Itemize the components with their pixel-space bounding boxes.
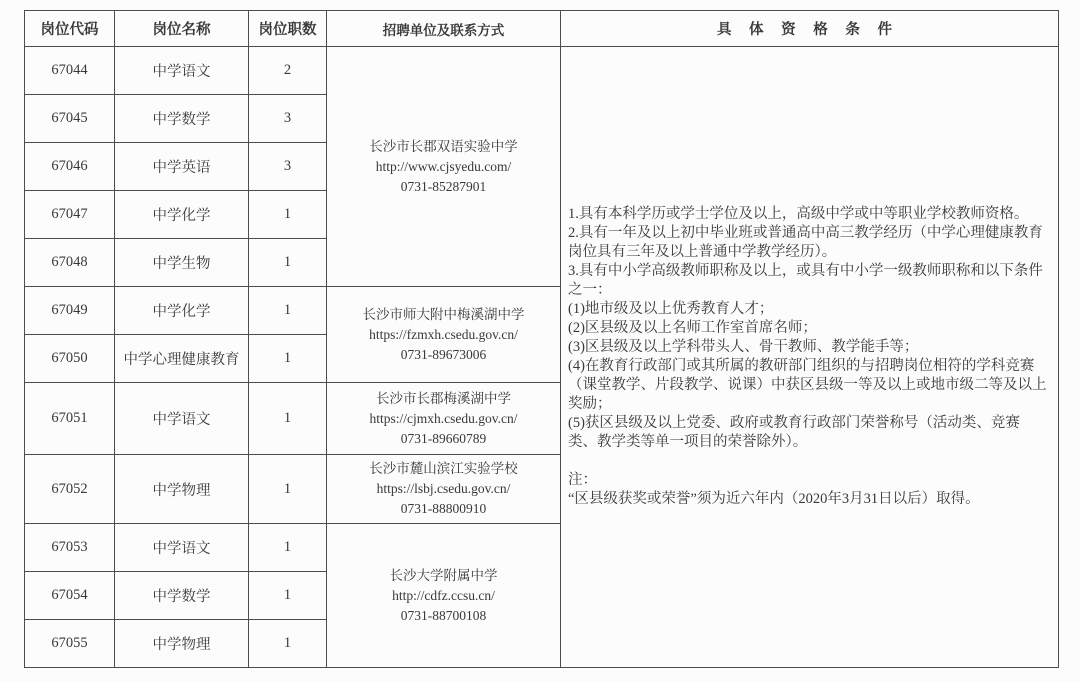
code-cell: 67047 bbox=[25, 191, 115, 239]
school-url: http://cdfz.ccsu.cn/ bbox=[327, 586, 560, 606]
count-cell: 1 bbox=[249, 572, 327, 620]
school-name: 长沙市麓山滨江实验学校 bbox=[327, 459, 560, 479]
qualification-line: (2)区县级及以上名师工作室首席名师； bbox=[568, 319, 1048, 338]
header-row: 岗位代码 岗位名称 岗位职数 招聘单位及联系方式 具 体 资 格 条 件 bbox=[25, 11, 1059, 47]
recruitment-positions-table: 岗位代码 岗位名称 岗位职数 招聘单位及联系方式 具 体 资 格 条 件 670… bbox=[24, 10, 1059, 668]
name-cell: 中学语文 bbox=[115, 47, 249, 95]
school-url: https://lsbj.csedu.gov.cn/ bbox=[327, 479, 560, 499]
name-cell: 中学化学 bbox=[115, 191, 249, 239]
school-phone: 0731-85287901 bbox=[327, 177, 560, 197]
count-cell: 1 bbox=[249, 455, 327, 524]
qualification-cell: 1.具有本科学历或学士学位及以上，高级中学或中等职业学校教师资格。 2.具有一年… bbox=[561, 47, 1059, 668]
count-cell: 1 bbox=[249, 335, 327, 383]
count-cell: 1 bbox=[249, 524, 327, 572]
count-cell: 1 bbox=[249, 383, 327, 455]
unit-cell: 长沙市长郡梅溪湖中学 https://cjmxh.csedu.gov.cn/ 0… bbox=[327, 383, 561, 455]
unit-cell: 长沙市长郡双语实验中学 http://www.cjsyedu.com/ 0731… bbox=[327, 47, 561, 287]
qualification-line: (4)在教育行政部门或其所属的教研部门组织的与招聘岗位相符的学科竞赛（课堂教学、… bbox=[568, 357, 1048, 414]
unit-cell: 长沙市麓山滨江实验学校 https://lsbj.csedu.gov.cn/ 0… bbox=[327, 455, 561, 524]
code-cell: 67055 bbox=[25, 620, 115, 668]
name-cell: 中学生物 bbox=[115, 239, 249, 287]
code-cell: 67053 bbox=[25, 524, 115, 572]
table-row: 67044 中学语文 2 长沙市长郡双语实验中学 http://www.cjsy… bbox=[25, 47, 1059, 95]
note-text: “区县级获奖或荣誉”须为近六年内（2020年3月31日以后）取得。 bbox=[568, 490, 1048, 509]
qualification-line: 2.具有一年及以上初中毕业班或普通高中高三教学经历（中学心理健康教育岗位具有三年… bbox=[568, 224, 1048, 262]
code-cell: 67044 bbox=[25, 47, 115, 95]
count-cell: 3 bbox=[249, 95, 327, 143]
count-cell: 1 bbox=[249, 191, 327, 239]
code-cell: 67054 bbox=[25, 572, 115, 620]
name-cell: 中学化学 bbox=[115, 287, 249, 335]
school-phone: 0731-89673006 bbox=[327, 345, 560, 365]
school-phone: 0731-89660789 bbox=[327, 429, 560, 449]
qualification-line: 3.具有中小学高级教师职称及以上，或具有中小学一级教师职称和以下条件之一： bbox=[568, 262, 1048, 300]
qualification-line: (3)区县级及以上学科带头人、骨干教师、教学能手等； bbox=[568, 338, 1048, 357]
count-cell: 1 bbox=[249, 620, 327, 668]
recruitment-table-sheet: 岗位代码 岗位名称 岗位职数 招聘单位及联系方式 具 体 资 格 条 件 670… bbox=[24, 10, 1059, 668]
code-cell: 67049 bbox=[25, 287, 115, 335]
code-cell: 67045 bbox=[25, 95, 115, 143]
school-url: https://fzmxh.csedu.gov.cn/ bbox=[327, 325, 560, 345]
code-cell: 67051 bbox=[25, 383, 115, 455]
header-position-code: 岗位代码 bbox=[25, 11, 115, 47]
count-cell: 1 bbox=[249, 239, 327, 287]
count-cell: 3 bbox=[249, 143, 327, 191]
school-phone: 0731-88800910 bbox=[327, 499, 560, 519]
name-cell: 中学物理 bbox=[115, 455, 249, 524]
school-url: http://www.cjsyedu.com/ bbox=[327, 157, 560, 177]
header-position-count: 岗位职数 bbox=[249, 11, 327, 47]
note-label: 注： bbox=[568, 471, 1048, 490]
unit-cell: 长沙大学附属中学 http://cdfz.ccsu.cn/ 0731-88700… bbox=[327, 524, 561, 668]
school-name: 长沙大学附属中学 bbox=[327, 566, 560, 586]
school-name: 长沙市师大附中梅溪湖中学 bbox=[327, 305, 560, 325]
school-name: 长沙市长郡双语实验中学 bbox=[327, 137, 560, 157]
name-cell: 中学英语 bbox=[115, 143, 249, 191]
name-cell: 中学数学 bbox=[115, 572, 249, 620]
unit-cell: 长沙市师大附中梅溪湖中学 https://fzmxh.csedu.gov.cn/… bbox=[327, 287, 561, 383]
qualification-text: 1.具有本科学历或学士学位及以上，高级中学或中等职业学校教师资格。 2.具有一年… bbox=[568, 205, 1048, 509]
school-name: 长沙市长郡梅溪湖中学 bbox=[327, 389, 560, 409]
code-cell: 67048 bbox=[25, 239, 115, 287]
code-cell: 67046 bbox=[25, 143, 115, 191]
qualification-line: 1.具有本科学历或学士学位及以上，高级中学或中等职业学校教师资格。 bbox=[568, 205, 1048, 224]
header-position-name: 岗位名称 bbox=[115, 11, 249, 47]
count-cell: 2 bbox=[249, 47, 327, 95]
code-cell: 67050 bbox=[25, 335, 115, 383]
qualification-line: (5)获区县级及以上党委、政府或教育行政部门荣誉称号（活动类、竞赛类、教学类等单… bbox=[568, 414, 1048, 452]
code-cell: 67052 bbox=[25, 455, 115, 524]
name-cell: 中学语文 bbox=[115, 383, 249, 455]
header-qualifications: 具 体 资 格 条 件 bbox=[561, 11, 1059, 47]
header-recruiting-unit: 招聘单位及联系方式 bbox=[327, 11, 561, 47]
name-cell: 中学数学 bbox=[115, 95, 249, 143]
count-cell: 1 bbox=[249, 287, 327, 335]
name-cell: 中学物理 bbox=[115, 620, 249, 668]
blank-line bbox=[568, 452, 1048, 471]
name-cell: 中学语文 bbox=[115, 524, 249, 572]
name-cell: 中学心理健康教育 bbox=[115, 335, 249, 383]
school-url: https://cjmxh.csedu.gov.cn/ bbox=[327, 409, 560, 429]
school-phone: 0731-88700108 bbox=[327, 606, 560, 626]
qualification-line: (1)地市级及以上优秀教育人才； bbox=[568, 300, 1048, 319]
